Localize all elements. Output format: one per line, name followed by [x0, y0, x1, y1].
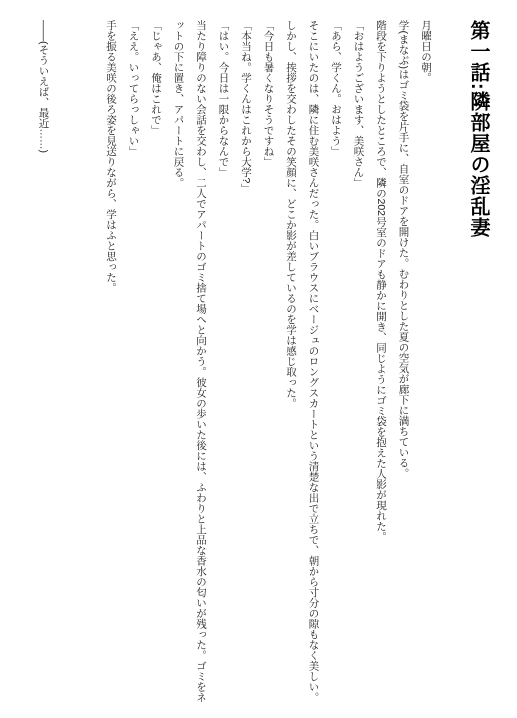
dialogue-line: 「じゃあ、俺はこれで」	[145, 20, 168, 704]
narration-paragraph: 当たり障りのない会話を交わし、二人でアパートのゴミ捨て場へと向かう。彼女の歩いた…	[167, 20, 212, 704]
chapter-title: 第一話:隣部屋の淫乱妻	[463, 20, 493, 704]
narration-paragraph: 学(まなぶ)はゴミ袋を片手に、自室のドアを開けた。むわりとした夏の空気が廊下に満…	[392, 20, 415, 704]
novel-page: 第一話:隣部屋の淫乱妻 月曜日の朝。学(まなぶ)はゴミ袋を片手に、自室のドアを開…	[0, 0, 517, 718]
narration-paragraph: そこにいたのは、隣に住む美咲さんだった。白いブラウスにベージュのロングスカートと…	[302, 20, 325, 704]
narration-paragraph: 月曜日の朝。	[415, 20, 438, 704]
blank-line	[55, 20, 78, 704]
narration-paragraph: しかし、挨拶を交わしたその笑顔に、どこか影が差しているのを学は感じ取った。	[280, 20, 303, 704]
dialogue-line: 「おはようございます、美咲さん」	[347, 20, 370, 704]
blank-line	[77, 20, 100, 704]
dialogue-line: 「ええ。いってらっしゃい」	[122, 20, 145, 704]
story-body: 月曜日の朝。学(まなぶ)はゴミ袋を片手に、自室のドアを開けた。むわりとした夏の空…	[32, 20, 437, 704]
narration-paragraph: 階段を下りようとしたところで、隣の202号室のドアも静かに開き、同じようにゴミ袋…	[370, 20, 393, 704]
dialogue-line: 「本当ね。学くんはこれから大学?」	[235, 20, 258, 704]
narration-paragraph: 手を振る美咲の後ろ姿を見送りながら、学はふと思った。	[100, 20, 123, 704]
dialogue-line: 「はい。今日は一限からなんで」	[212, 20, 235, 704]
thought-line: ――(そういえば、最近……)	[32, 20, 55, 704]
dialogue-line: 「あら、学くん。おはよう」	[325, 20, 348, 704]
dialogue-line: 「今日も暑くなりそうですね」	[257, 20, 280, 704]
